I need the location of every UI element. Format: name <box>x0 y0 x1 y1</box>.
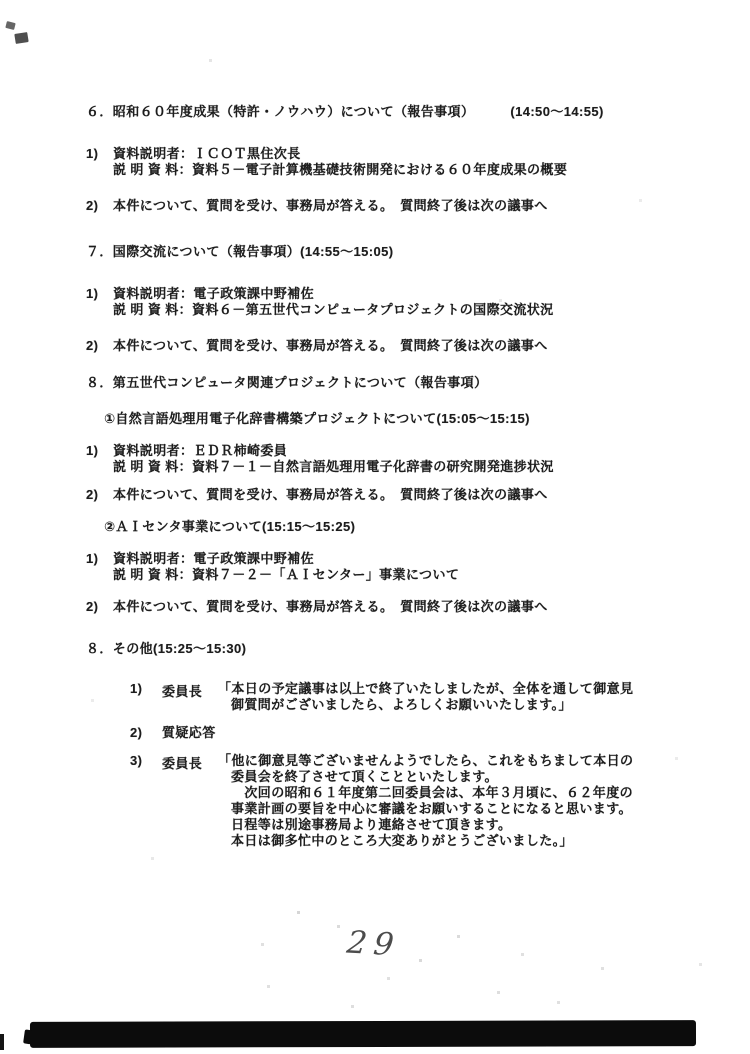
section-8-sub-2: ②ＡＩセンタ事業について(15:15～15:25) <box>104 519 726 535</box>
section-6-heading: ６．昭和６０年度成果（特許・ノウハウ）について（報告事項）(14:50～14:5… <box>86 104 726 120</box>
section-8-sub-2-item-2: 2) 本件について、質問を受け、事務局が答える。 質問終了後は次の議事へ <box>86 599 726 615</box>
section-others-heading: ８．その他(15:25～15:30) <box>86 641 726 657</box>
item-number: 3) <box>130 753 162 768</box>
scan-noise <box>0 0 1 1</box>
item-number: 2) <box>86 599 113 614</box>
photocopy-edge-bar <box>30 1020 696 1048</box>
chairman-quote-line: 次回の昭和６１年度第二回委員会は、本年３月頃に、６２年度の <box>218 785 633 801</box>
material-line: 説 明 資 料：資料５－電子計算機基礎技術開発における６０年度成果の概要 <box>113 162 567 178</box>
section-others-title: ８．その他(15:25～15:30) <box>86 641 246 656</box>
section-others: ８．その他(15:25～15:30) 1) 委員長 「本日の予定議事は以上で終了… <box>86 641 726 849</box>
section-6-title: ６．昭和６０年度成果（特許・ノウハウ）について（報告事項） <box>86 104 474 119</box>
closing-item-1: 1) 委員長 「本日の予定議事は以上で終了いたしましたが、全体を通して御意見 御… <box>130 681 726 713</box>
section-6-time: (14:50～14:55) <box>510 104 603 119</box>
presenter-line: 資料説明者：電子政策課中野補佐 <box>113 551 459 567</box>
section-8: ８．第五世代コンピュータ関連プロジェクトについて（報告事項） ①自然言語処理用電… <box>86 375 726 615</box>
item-number: 1) <box>130 681 162 696</box>
item-number: 1) <box>86 146 113 161</box>
material-line: 説 明 資 料：資料６－第五世代コンピュータプロジェクトの国際交流状況 <box>113 302 554 318</box>
presenter-line: 資料説明者：ＩＣＯＴ黒住次長 <box>113 146 567 162</box>
chairman-quote-line: 事業計画の要旨を中心に審議をお願いすることになると思います。 <box>218 801 633 817</box>
photocopy-blot-icon <box>5 21 15 30</box>
speaker-role: 委員長 <box>162 753 218 772</box>
speaker-role: 委員長 <box>162 681 218 700</box>
chairman-quote-line: 委員会を終了させて頂くことといたします。 <box>218 769 633 785</box>
qa-session-label: 質疑応答 <box>162 725 216 741</box>
qa-line: 本件について、質問を受け、事務局が答える。 質問終了後は次の議事へ <box>113 198 548 214</box>
presenter-line: 資料説明者：ＥＤＲ柿崎委員 <box>113 443 554 459</box>
closing-item-3: 3) 委員長 「他に御意見等ございませんようでしたら、これをもちまして本日の 委… <box>130 753 726 849</box>
qa-line: 本件について、質問を受け、事務局が答える。 質問終了後は次の議事へ <box>113 487 548 503</box>
section-8-heading: ８．第五世代コンピュータ関連プロジェクトについて（報告事項） <box>86 375 726 391</box>
presenter-line: 資料説明者：電子政策課中野補佐 <box>113 286 554 302</box>
qa-line: 本件について、質問を受け、事務局が答える。 質問終了後は次の議事へ <box>113 599 548 615</box>
item-number: 2) <box>130 725 162 740</box>
item-number: 2) <box>86 487 113 502</box>
section-7: ７．国際交流について（報告事項）(14:55～15:05) 1) 資料説明者：電… <box>86 244 726 354</box>
chairman-quote-line: 日程等は別途事務局より連絡させて頂きます。 <box>218 817 633 833</box>
photocopy-blot-icon <box>14 32 28 44</box>
section-6-item-2: 2) 本件について、質問を受け、事務局が答える。 質問終了後は次の議事へ <box>86 198 726 214</box>
scanned-document-page: ６．昭和６０年度成果（特許・ノウハウ）について（報告事項）(14:50～14:5… <box>0 0 750 1054</box>
section-8-sub-1-item-2: 2) 本件について、質問を受け、事務局が答える。 質問終了後は次の議事へ <box>86 487 726 503</box>
material-line: 説 明 資 料：資料７－１－自然言語処理用電子化辞書の研究開発進捗状況 <box>113 459 554 475</box>
section-7-title: ７．国際交流について（報告事項）(14:55～15:05) <box>86 244 394 259</box>
item-number: 1) <box>86 551 113 566</box>
section-6-item-1: 1) 資料説明者：ＩＣＯＴ黒住次長 説 明 資 料：資料５－電子計算機基礎技術開… <box>86 146 726 178</box>
section-8-sub-1: ①自然言語処理用電子化辞書構築プロジェクトについて(15:05～15:15) <box>104 411 726 427</box>
material-line: 説 明 資 料：資料７－２－「ＡＩセンター」事業について <box>113 567 459 583</box>
chairman-quote-line: 御質問がございましたら、よろしくお願いいたします。」 <box>218 697 633 713</box>
section-8-title: ８．第五世代コンピュータ関連プロジェクトについて（報告事項） <box>86 375 487 390</box>
section-8-sub-2-item-1: 1) 資料説明者：電子政策課中野補佐 説 明 資 料：資料７－２－「ＡＩセンター… <box>86 551 726 583</box>
item-number: 1) <box>86 286 113 301</box>
qa-line: 本件について、質問を受け、事務局が答える。 質問終了後は次の議事へ <box>113 338 548 354</box>
chairman-quote-line: 「本日の予定議事は以上で終了いたしましたが、全体を通して御意見 <box>218 681 633 697</box>
chairman-quote-line: 本日は御多忙中のところ大変ありがとうございました。」 <box>218 833 633 849</box>
section-8-sub-1-item-1: 1) 資料説明者：ＥＤＲ柿崎委員 説 明 資 料：資料７－１－自然言語処理用電子… <box>86 443 726 475</box>
closing-item-2: 2) 質疑応答 <box>130 725 726 741</box>
section-7-heading: ７．国際交流について（報告事項）(14:55～15:05) <box>86 244 726 260</box>
item-number: 2) <box>86 198 113 213</box>
handwritten-page-number: 29 <box>345 925 403 964</box>
section-7-item-1: 1) 資料説明者：電子政策課中野補佐 説 明 資 料：資料６－第五世代コンピュー… <box>86 286 726 318</box>
section-7-item-2: 2) 本件について、質問を受け、事務局が答える。 質問終了後は次の議事へ <box>86 338 726 354</box>
section-6: ６．昭和６０年度成果（特許・ノウハウ）について（報告事項）(14:50～14:5… <box>86 104 726 214</box>
photocopy-edge-mark <box>0 1034 4 1050</box>
item-number: 2) <box>86 338 113 353</box>
chairman-quote-line: 「他に御意見等ございませんようでしたら、これをもちまして本日の <box>218 753 633 769</box>
item-number: 1) <box>86 443 113 458</box>
